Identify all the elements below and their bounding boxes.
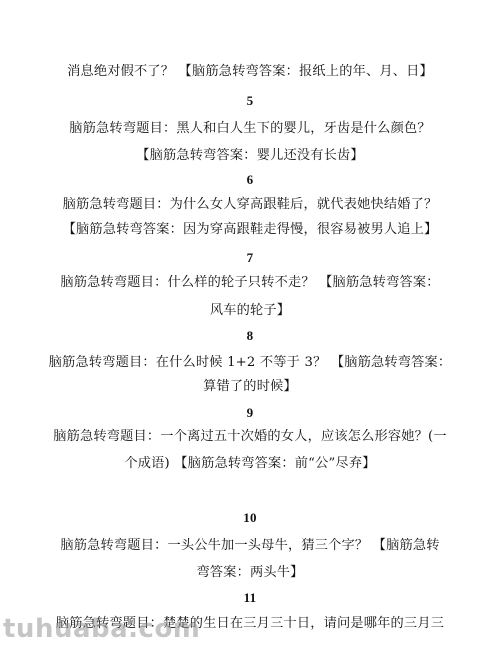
question-number: 9 — [0, 404, 500, 422]
text-line: 弯答案：两头牛】 — [0, 564, 500, 582]
text-line: 脑筋急转弯题目：什么样的轮子只转不走？ 【脑筋急转弯答案： — [0, 274, 500, 292]
text-line: 脑筋急转弯题目：一个离过五十次婚的女人，应该怎么形容她？(一 — [0, 428, 500, 446]
question-number: 7 — [0, 249, 500, 267]
question-number: 8 — [0, 327, 500, 345]
text-line: 【脑筋急转弯答案：婴儿还没有长齿】 — [0, 147, 500, 165]
question-number: 11 — [0, 589, 500, 607]
text-line: 脑筋急转弯题目：一头公牛加一头母牛，猜三个字？ 【脑筋急转 — [0, 537, 500, 555]
watermark: tuhuaba.com — [3, 614, 200, 644]
text-line: 算错了的时候】 — [0, 378, 500, 396]
question-number: 10 — [0, 509, 500, 527]
text-line: 脑筋急转弯题目：黑人和白人生下的婴儿，牙齿是什么颜色？ — [0, 120, 500, 138]
text-line: 消息绝对假不了？ 【脑筋急转弯答案：报纸上的年、月、日】 — [0, 63, 500, 81]
text-line: 个成语) 【脑筋急转弯答案：前“公”尽弃】 — [0, 455, 500, 473]
question-number: 6 — [0, 171, 500, 189]
text-line: 脑筋急转弯题目：为什么女人穿高跟鞋后，就代表她快结婚了？ — [0, 196, 500, 214]
question-number: 5 — [0, 92, 500, 110]
text-line: 脑筋急转弯题目：在什么时候 1+2 不等于 3？ 【脑筋急转弯答案： — [0, 354, 500, 372]
text-line: 【脑筋急转弯答案：因为穿高跟鞋走得慢，很容易被男人追上】 — [0, 221, 500, 239]
text-line: 风车的轮子】 — [0, 302, 500, 320]
